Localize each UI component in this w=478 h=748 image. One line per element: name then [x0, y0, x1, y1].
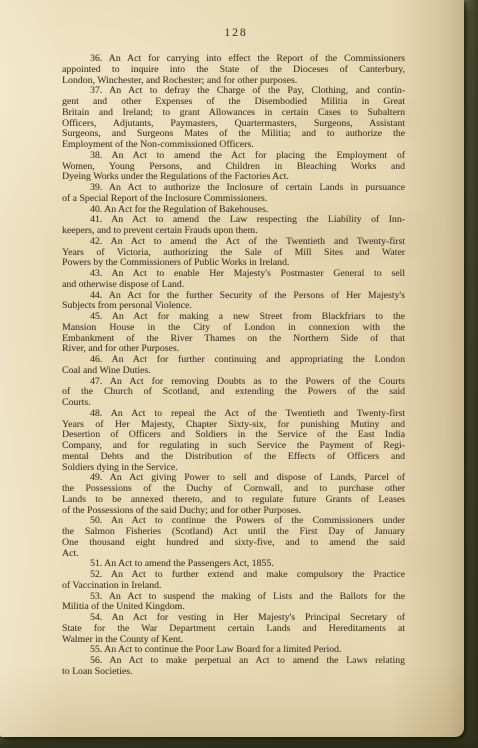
act-line: to Loan Societies.: [62, 667, 405, 678]
act-line: of Vaccination in Ireland.: [62, 581, 405, 592]
act-line: 38. An Act to amend the Act for placing …: [62, 151, 405, 162]
act-paragraph-49: 49. An Act giving Power to sell and disp…: [62, 473, 405, 516]
act-paragraph-47: 47. An Act for removing Doubts as to the…: [62, 377, 405, 409]
act-line: 48. An Act to repeal the Act of the Twen…: [62, 409, 405, 420]
act-paragraph-52: 52. An Act to further extend and make co…: [62, 570, 405, 592]
act-paragraph-53: 53. An Act to suspend the making of List…: [62, 592, 405, 614]
page: 128 36. An Act for carrying into effect …: [0, 0, 464, 737]
acts-list: 36. An Act for carrying into effect the …: [62, 54, 405, 678]
act-paragraph-41: 41. An Act to amend the Law respecting t…: [62, 215, 405, 237]
act-paragraph-56: 56. An Act to make perpetual an Act to a…: [62, 656, 405, 678]
act-paragraph-42: 42. An Act to amend the Act of the Twent…: [62, 237, 405, 269]
act-paragraph-48: 48. An Act to repeal the Act of the Twen…: [62, 409, 405, 474]
act-paragraph-44: 44. An Act for the further Security of t…: [62, 291, 405, 313]
act-line: Coal and Wine Duties.: [62, 366, 405, 377]
act-line: of a Special Report of the Inclosure Com…: [62, 194, 405, 205]
act-line: One thousand eight hundred and sixty-fiv…: [62, 538, 405, 549]
act-line: of the Church of Scotland, and extending…: [62, 387, 405, 398]
act-line: 42. An Act to amend the Act of the Twent…: [62, 237, 405, 248]
act-line: and otherwise dispose of Land.: [62, 280, 405, 291]
act-paragraph-43: 43. An Act to enable Her Majesty's Postm…: [62, 269, 405, 291]
act-line: State for the War Department certain Lan…: [62, 624, 405, 635]
act-line: Britain and Ireland; to grant Allowances…: [62, 108, 405, 119]
act-paragraph-38: 38. An Act to amend the Act for placing …: [62, 151, 405, 183]
act-line: Mansion House in the City of London in c…: [62, 323, 405, 334]
act-paragraph-36: 36. An Act for carrying into effect the …: [62, 54, 405, 86]
page-number: 128: [62, 27, 410, 39]
act-line: appointed to inquire into the State of t…: [62, 65, 405, 76]
act-paragraph-37: 37. An Act to defray the Charge of the P…: [62, 86, 405, 151]
act-paragraph-39: 39. An Act to authorize the Inclosure of…: [62, 183, 405, 205]
act-paragraph-45: 45. An Act for making a new Street from …: [62, 312, 405, 355]
act-line: mental Debts and the Distribution of the…: [62, 452, 405, 463]
act-line: Lands to be annexed thereto, and to regu…: [62, 495, 405, 506]
act-paragraph-46: 46. An Act for further continuing and ap…: [62, 355, 405, 377]
scanned-book-page: 128 36. An Act for carrying into effect …: [0, 0, 478, 748]
act-paragraph-50: 50. An Act to continue the Powers of the…: [62, 516, 405, 559]
act-paragraph-54: 54. An Act for vesting in Her Majesty's …: [62, 613, 405, 645]
